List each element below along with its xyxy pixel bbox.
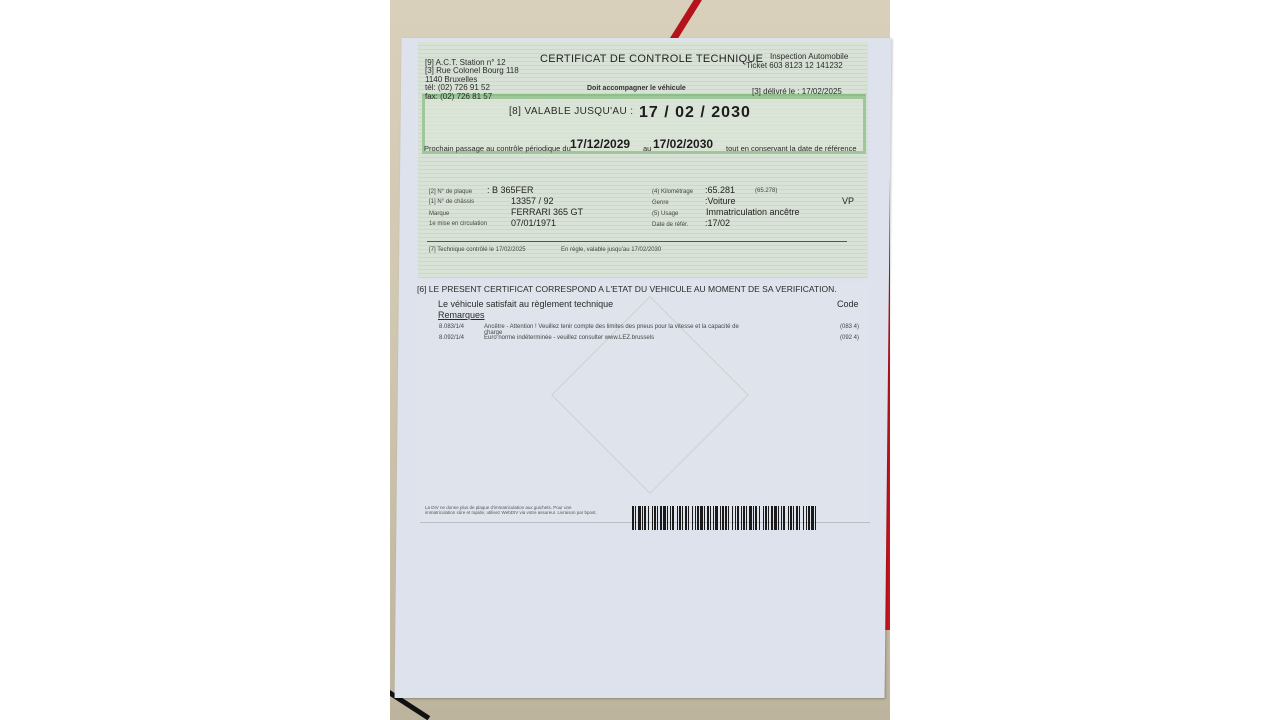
- mileage-previous: (65.278): [755, 188, 777, 194]
- ticket-number: Ticket 603 8123 12 141232: [746, 62, 843, 71]
- valid-label: [8] VALABLE JUSQU'AU :: [509, 106, 633, 117]
- chassis-label: [1] N° de châssis: [429, 199, 474, 205]
- valid-date: 17 / 02 / 2030: [639, 104, 751, 122]
- controlled-date: [7] Technique contrôlé le 17/02/2025: [429, 247, 526, 253]
- first-registration-label: 1e mise en circulation: [429, 221, 487, 227]
- remark-code: (092 4): [840, 335, 859, 341]
- usage-value: Immatriculation ancêtre: [706, 207, 800, 217]
- certificate-title: CERTIFICAT DE CONTROLE TECHNIQUE: [540, 53, 763, 65]
- next-inspection-from: 17/12/2029: [570, 137, 630, 151]
- code-header: Code: [837, 299, 859, 309]
- certificate-subtitle: Doit accompagner le véhicule: [587, 85, 686, 92]
- remark-ref: 8.083/1/4: [439, 324, 464, 330]
- remarks-label: Remarques: [438, 310, 485, 320]
- barcode: [632, 506, 818, 530]
- chassis-value: 13357 / 92: [511, 196, 554, 206]
- in-order-until: En règle, valable jusqu'au 17/02/2030: [561, 247, 661, 253]
- next-inspection-mid: au: [643, 144, 651, 153]
- reference-date-value: :17/02: [705, 218, 730, 228]
- usage-label: (5) Usage: [652, 211, 678, 217]
- statement: [6] LE PRESENT CERTIFICAT CORRESPOND A L…: [417, 284, 837, 294]
- plate-label: [2] N° de plaque: [429, 189, 472, 195]
- make-label: Marque: [429, 211, 449, 217]
- genre-value: :Voiture: [705, 196, 736, 206]
- next-inspection-suffix: tout en conservant la date de référence: [726, 144, 857, 153]
- mileage-label: (4) Kilométrage: [652, 189, 693, 195]
- footer-line2: immatriculation sûre et rapide, utilisez…: [425, 510, 597, 515]
- divider: [427, 241, 847, 242]
- mileage-value: :65.281: [705, 185, 735, 195]
- category-code: VP: [842, 196, 854, 206]
- remark-code: (083 4): [840, 324, 859, 330]
- genre-label: Genre: [652, 200, 669, 206]
- next-inspection-prefix: Prochain passage au contrôle périodique …: [424, 144, 571, 153]
- station-fax: fax: (02) 726 81 57: [425, 93, 492, 102]
- make-value: FERRARI 365 GT: [511, 207, 583, 217]
- reference-date-label: Date de référ.: [652, 222, 688, 228]
- first-registration-value: 07/01/1971: [511, 218, 556, 228]
- green-security-band: [418, 42, 868, 278]
- remark-text: Ancêtre - Attention ! Veuillez tenir com…: [484, 324, 739, 330]
- plate-value: : B 365FER: [487, 185, 534, 195]
- remark-text: Euro norme indéterminée - veuillez consu…: [484, 335, 654, 341]
- issued-date: [3] délivré le : 17/02/2025: [752, 88, 842, 97]
- next-inspection-to: 17/02/2030: [653, 137, 713, 151]
- remark-ref: 8.092/1/4: [439, 335, 464, 341]
- result-text: Le véhicule satisfait au règlement techn…: [438, 299, 613, 309]
